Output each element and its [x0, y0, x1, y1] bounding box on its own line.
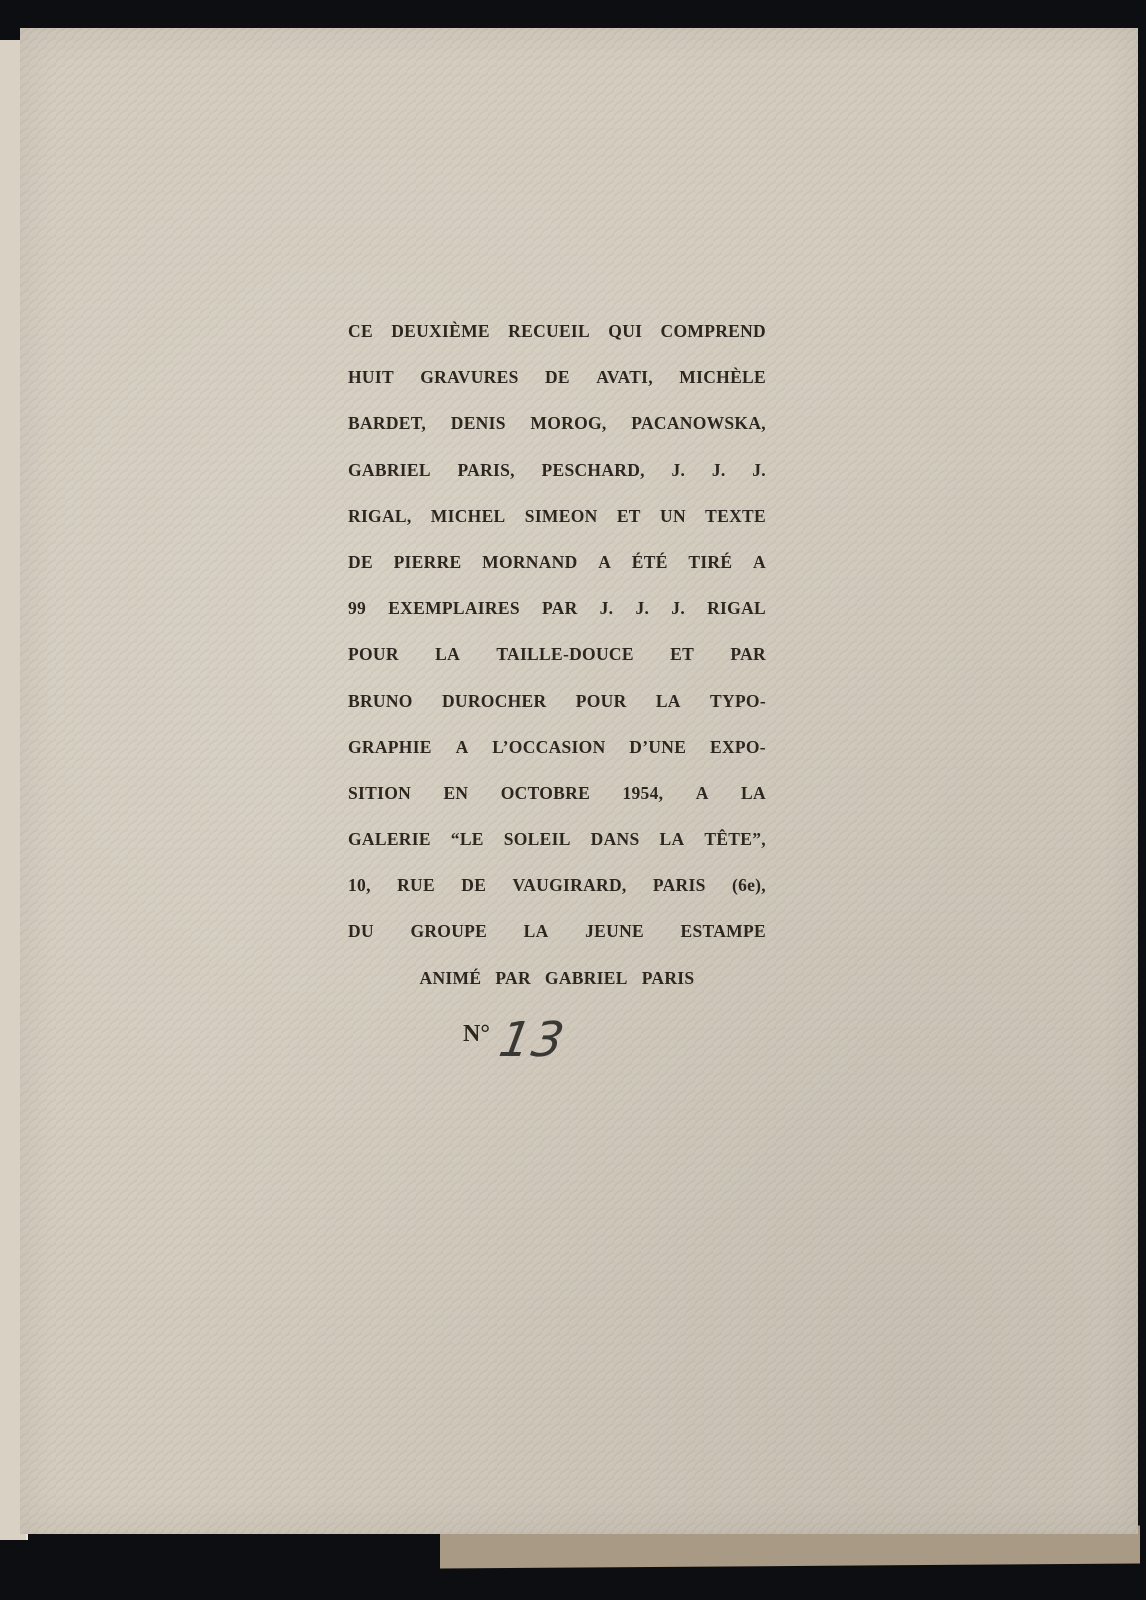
- colophon-word: SOLEIL: [504, 826, 571, 872]
- colophon-word: LA: [741, 780, 766, 826]
- colophon-word: DE: [348, 549, 373, 595]
- colophon-word: GABRIEL: [545, 965, 628, 1011]
- colophon-word: A: [753, 549, 766, 595]
- colophon-line: BARDET,DENISMOROG,PACANOWSKA,: [348, 410, 766, 456]
- colophon-word: A: [598, 549, 611, 595]
- colophon-line: SITIONENOCTOBRE1954,ALA: [348, 780, 766, 826]
- colophon-word: ET: [670, 641, 694, 687]
- colophon-line: HUITGRAVURESDEAVATI,MICHÈLE: [348, 364, 766, 410]
- colophon-word: EXEMPLAIRES: [388, 595, 520, 641]
- colophon-word: RUE: [397, 872, 435, 918]
- colophon-word: 1954,: [622, 780, 663, 826]
- colophon-word: DU: [348, 918, 374, 964]
- colophon-word: PARIS: [642, 965, 695, 1011]
- colophon-word: OCTOBRE: [501, 780, 590, 826]
- colophon-word: ESTAMPE: [681, 918, 766, 964]
- colophon-word: BRUNO: [348, 688, 413, 734]
- colophon-word: SIMEON: [525, 503, 598, 549]
- colophon-word: J.: [671, 457, 685, 503]
- colophon-word: 99: [348, 595, 366, 641]
- copy-number: N° 13: [463, 1012, 565, 1068]
- colophon-word: DANS: [591, 826, 640, 872]
- colophon-text: CEDEUXIÈMERECUEILQUICOMPRENDHUITGRAVURES…: [348, 318, 766, 1011]
- colophon-word: MICHEL: [431, 503, 506, 549]
- colophon-word: SITION: [348, 780, 411, 826]
- colophon-word: LA: [524, 918, 549, 964]
- colophon-word: RIGAL,: [348, 503, 412, 549]
- colophon-word: J.: [752, 457, 766, 503]
- colophon-word: TYPO-: [710, 688, 766, 734]
- handwritten-number: 13: [495, 1012, 570, 1068]
- colophon-word: EN: [443, 780, 468, 826]
- colophon-word: MOROG,: [530, 410, 606, 456]
- number-label: N°: [463, 1021, 490, 1048]
- colophon-line: DUGROUPELAJEUNEESTAMPE: [348, 918, 766, 964]
- colophon-line: GALERIE“LESOLEILDANSLATÊTE”,: [348, 826, 766, 872]
- colophon-line: 10,RUEDEVAUGIRARD,PARIS(6e),: [348, 872, 766, 918]
- colophon-word: TAILLE-DOUCE: [496, 641, 633, 687]
- colophon-word: J.: [600, 595, 614, 641]
- colophon-word: TÊTE”,: [704, 826, 766, 872]
- colophon-word: GABRIEL: [348, 457, 431, 503]
- colophon-word: J.: [671, 595, 685, 641]
- colophon-line: GABRIELPARIS,PESCHARD,J.J.J.: [348, 457, 766, 503]
- colophon-word: DENIS: [451, 410, 506, 456]
- colophon-line: BRUNODUROCHERPOURLATYPO-: [348, 688, 766, 734]
- colophon-word: MICHÈLE: [679, 364, 766, 410]
- colophon-word: GRAPHIE: [348, 734, 432, 780]
- colophon-line: GRAPHIEAL’OCCASIOND’UNEEXPO-: [348, 734, 766, 780]
- colophon-word: LA: [659, 826, 684, 872]
- colophon-word: PARIS,: [457, 457, 514, 503]
- colophon-word: PESCHARD,: [542, 457, 645, 503]
- colophon-word: ÉTÉ: [632, 549, 668, 595]
- colophon-word: RIGAL: [707, 595, 766, 641]
- colophon-word: DEUXIÈME: [391, 318, 490, 364]
- colophon-word: PACANOWSKA,: [631, 410, 766, 456]
- colophon-word: PAR: [495, 965, 531, 1011]
- colophon-word: ET: [617, 503, 641, 549]
- colophon-word: DUROCHER: [442, 688, 547, 734]
- colophon-word: TIRÉ: [688, 549, 732, 595]
- colophon-word: 10,: [348, 872, 371, 918]
- colophon-line: 99EXEMPLAIRESPARJ.J.J.RIGAL: [348, 595, 766, 641]
- colophon-word: L’OCCASION: [492, 734, 605, 780]
- colophon-word: COMPREND: [661, 318, 766, 364]
- colophon-word: A: [456, 734, 469, 780]
- colophon-line: RIGAL,MICHELSIMEONETUNTEXTE: [348, 503, 766, 549]
- colophon-word: TEXTE: [705, 503, 766, 549]
- colophon-word: J.: [712, 457, 726, 503]
- colophon-word: POUR: [576, 688, 627, 734]
- colophon-word: LA: [435, 641, 460, 687]
- colophon-word: “LE: [451, 826, 484, 872]
- colophon-word: (6e),: [732, 872, 766, 918]
- colophon-word: HUIT: [348, 364, 394, 410]
- colophon-word: BARDET,: [348, 410, 426, 456]
- colophon-word: A: [696, 780, 709, 826]
- colophon-word: PAR: [542, 595, 578, 641]
- colophon-word: RECUEIL: [508, 318, 590, 364]
- colophon-word: D’UNE: [629, 734, 686, 780]
- colophon-word: GROUPE: [410, 918, 487, 964]
- colophon-line: DEPIERREMORNANDAÉTÉTIRÉA: [348, 549, 766, 595]
- colophon-word: GRAVURES: [420, 364, 518, 410]
- colophon-word: JEUNE: [585, 918, 644, 964]
- colophon-word: J.: [635, 595, 649, 641]
- colophon-word: AVATI,: [596, 364, 653, 410]
- colophon-word: VAUGIRARD,: [513, 872, 627, 918]
- colophon-word: PARIS: [653, 872, 706, 918]
- colophon-word: LA: [656, 688, 681, 734]
- colophon-line: ANIMÉPARGABRIELPARIS: [348, 965, 766, 1011]
- colophon-word: DE: [461, 872, 486, 918]
- colophon-word: QUI: [608, 318, 642, 364]
- colophon-word: PAR: [730, 641, 766, 687]
- colophon-word: EXPO-: [710, 734, 766, 780]
- colophon-word: MORNAND: [482, 549, 577, 595]
- colophon-line: POURLATAILLE-DOUCEETPAR: [348, 641, 766, 687]
- colophon-word: GALERIE: [348, 826, 431, 872]
- colophon-word: POUR: [348, 641, 399, 687]
- colophon-line: CEDEUXIÈMERECUEILQUICOMPREND: [348, 318, 766, 364]
- colophon-word: DE: [545, 364, 570, 410]
- colophon-word: ANIMÉ: [420, 965, 482, 1011]
- colophon-word: CE: [348, 318, 373, 364]
- colophon-word: UN: [660, 503, 686, 549]
- colophon-word: PIERRE: [394, 549, 462, 595]
